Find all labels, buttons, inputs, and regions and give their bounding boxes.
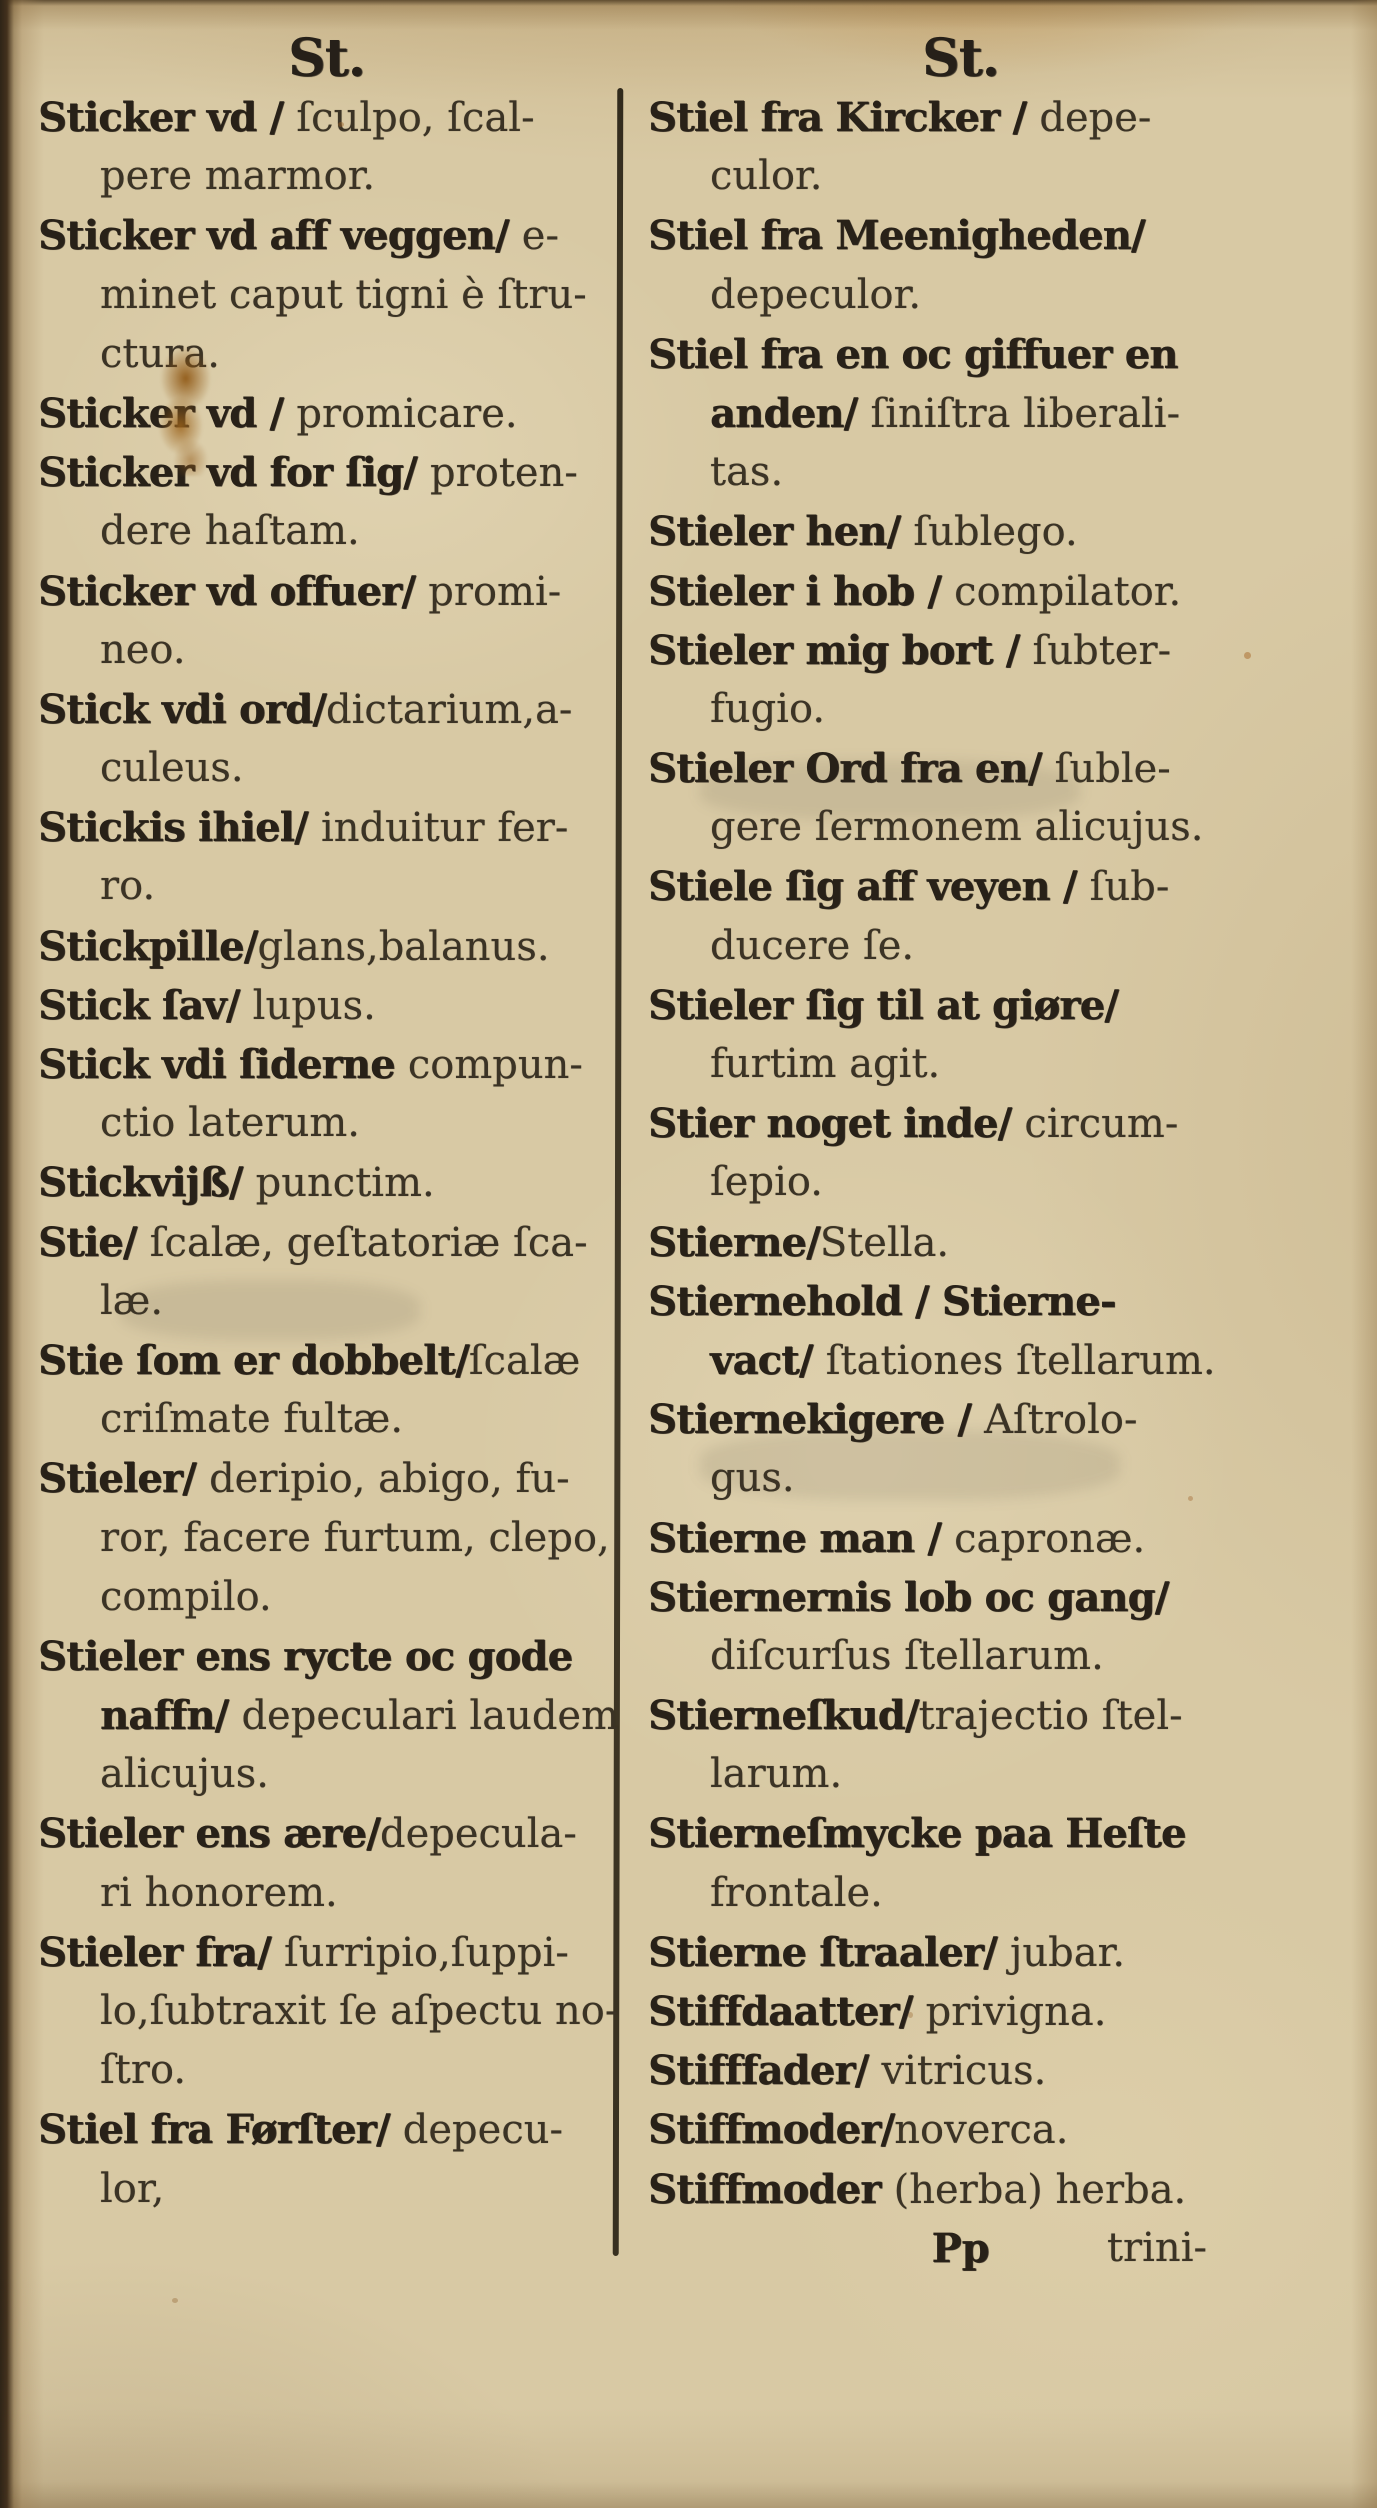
latin-gloss-text: lupus. [253,983,376,1029]
entry-line: Stiffmoder (herba) herba. [648,2160,1273,2219]
latin-gloss-text: gere ſermonem alicujus. [710,804,1203,850]
latin-gloss-text: ducere ſe. [710,923,914,969]
entry-continuation-line: pere marmor. [38,147,615,206]
danish-headword-text: Stiel fra Førſter/ [38,2106,403,2153]
latin-gloss-text: neo. [100,627,186,673]
entry-line: Stie ſom er dobbelt/ſcalæ [38,1331,615,1390]
latin-gloss-text: depecula- [380,1811,577,1857]
left-column: St. Sticker vd / ſculpo, ſcal-pere marmo… [38,30,615,2219]
entry-line: Sticker vd / promicare. [38,384,615,443]
danish-headword-text: Stickvijß/ [38,1159,256,1206]
entry-line: Stickvijß/ punctim. [38,1153,615,1212]
danish-headword-text: Stiel fra Kircker / [648,94,1039,141]
latin-gloss-text: glans,balanus. [257,924,549,970]
latin-gloss-text: criſmate fultæ. [100,1396,403,1442]
latin-gloss-text: promi- [428,569,561,615]
danish-headword-text: Stieler ens rycte oc gode [38,1633,572,1680]
latin-gloss-text: ſtro. [100,2047,186,2093]
latin-gloss-text: culeus. [100,745,244,791]
left-column-entries: Sticker vd / ſculpo, ſcal-pere marmor.St… [38,88,615,2219]
book-page-scan: St. Sticker vd / ſculpo, ſcal-pere marmo… [0,0,1377,2508]
danish-headword-text: Stiffmoder/ [648,2106,894,2153]
danish-headword-text: Stierneſmycke paa Heſte [648,1810,1186,1857]
danish-headword-text: Stick vdi ord/ [38,686,326,733]
latin-gloss-text: ſub- [1090,864,1170,910]
danish-headword-text: Stickis ihiel/ [38,804,321,851]
binding-edge-shadow [0,0,44,2508]
right-column-entries: Stiel fra Kircker / depe-culor.Stiel fra… [648,88,1273,2219]
catchword: trini- [1107,2219,1207,2278]
latin-gloss-text: pere marmor. [100,153,375,199]
latin-gloss-text: compun- [408,1042,583,1088]
entry-line: Stierne man / capronæ. [648,1509,1273,1568]
paper-speck [1244,652,1251,659]
entry-line: Stick ſav/ lupus. [38,976,615,1035]
entry-line: Stiel fra Kircker / depe- [648,88,1273,147]
entry-continuation-line: dere haſtam. [38,502,615,561]
latin-gloss-text: ſtationes ſtellarum. [826,1338,1216,1384]
entry-line: Stiel fra en oc giffuer en [648,325,1273,384]
entry-continuation-line: culor. [648,147,1273,206]
latin-gloss-text: (herba) herba. [894,2167,1187,2213]
danish-headword-text: Stieler/ [38,1455,209,1502]
latin-gloss-text: larum. [710,1751,842,1797]
paper-speck [908,2012,913,2018]
latin-gloss-text: fugio. [710,686,825,732]
latin-gloss-text: gus. [710,1455,795,1501]
entry-line: Stieler fra/ ſurripio,ſuppi- [38,1923,615,1982]
entry-line: Stieler ſig til at giøre/ [648,976,1273,1035]
latin-gloss-text: jubar. [1010,1930,1125,1976]
entry-continuation-line: neo. [38,621,615,680]
danish-headword-text: Stiernernis lob oc gang/ [648,1574,1169,1621]
latin-gloss-text: depeculor. [710,272,921,318]
entry-continuation-line: vact/ ſtationes ſtellarum. [648,1331,1273,1390]
latin-gloss-text: circum- [1024,1101,1178,1147]
danish-headword-text: Stieler ſig til at giøre/ [648,982,1118,1029]
danish-headword-text: Stierneſkud/ [648,1692,919,1739]
latin-gloss-text: ſurripio,ſuppi- [284,1930,569,1976]
danish-headword-text: Stiffdaatter/ [648,1988,926,2035]
latin-gloss-text: ror, facere furtum, clepo, [100,1515,610,1561]
entry-continuation-line: ducere ſe. [648,917,1273,976]
entry-continuation-line: gere ſermonem alicujus. [648,798,1273,857]
latin-gloss-text: e- [522,213,559,259]
entry-continuation-line: minet caput tigni è ſtru- [38,266,615,325]
danish-headword-text: Stieler mig bort / [648,627,1033,674]
latin-gloss-text: lor, [100,2166,164,2212]
danish-headword-text: Sticker vd for ſig/ [38,449,430,496]
latin-gloss-text: compilator. [954,569,1181,615]
latin-gloss-text: ſcalæ [469,1338,580,1384]
entry-continuation-line: gus. [648,1449,1273,1508]
entry-continuation-line: frontale. [648,1864,1273,1923]
entry-line: Stieler mig bort / ſubter- [648,621,1273,680]
entry-line: Stieler Ord fra en/ ſuble- [648,739,1273,798]
danish-headword-text: Stierne/ [648,1219,820,1266]
entry-continuation-line: ſtro. [38,2041,615,2100]
right-column-header: St. [648,30,1273,88]
entry-line: Stie/ ſcalæ, geſtatoriæ ſca- [38,1213,615,1272]
entry-line: Sticker vd for ſig/ proten- [38,443,615,502]
danish-headword-text: Stick ſav/ [38,982,253,1029]
entry-continuation-line: ctura. [38,325,615,384]
danish-headword-text: naffn/ [100,1692,241,1739]
entry-continuation-line: depeculor. [648,266,1273,325]
ink-stain [142,344,226,476]
danish-headword-text: anden/ [710,390,870,437]
entry-continuation-line: compilo. [38,1568,615,1627]
entry-line: Stick vdi ſiderne compun- [38,1035,615,1094]
entry-line: Stiffmoder/noverca. [648,2100,1273,2159]
latin-gloss-text: deripio, abigo, fu- [209,1456,570,1502]
entry-line: Sticker vd / ſculpo, ſcal- [38,88,615,147]
danish-headword-text: Stieler fra/ [38,1929,284,1976]
entry-continuation-line: larum. [648,1745,1273,1804]
latin-gloss-text: dictarium,a- [326,687,572,733]
latin-gloss-text: ſuble- [1055,746,1171,792]
danish-headword-text: Stieler i hob / [648,568,954,615]
danish-headword-text: Stiernekigere / [648,1396,984,1443]
entry-line: Stierneſkud/trajectio ſtel- [648,1686,1273,1745]
latin-gloss-text: compilo. [100,1574,272,1620]
entry-line: Stierne ſtraaler/ jubar. [648,1923,1273,1982]
entry-line: Stiernernis lob oc gang/ [648,1568,1273,1627]
latin-gloss-text: culor. [710,153,822,199]
danish-headword-text: Stiele ſig aff veyen / [648,863,1090,910]
entry-continuation-line: tas. [648,443,1273,502]
page-footer-line: Pp trini- [648,2219,1273,2278]
entry-line: Stier noget inde/ circum- [648,1094,1273,1153]
entry-line: Sticker vd aff veggen/ e- [38,206,615,265]
danish-headword-text: Stiernehold / Stierne- [648,1278,1116,1325]
latin-gloss-text: induitur fer- [321,805,569,851]
latin-gloss-text: diſcurſus ſtellarum. [710,1633,1104,1679]
entry-continuation-line: lo,ſubtraxit ſe aſpectu no- [38,1982,615,2041]
paper-speck [172,2298,178,2303]
latin-gloss-text: depe- [1039,95,1151,141]
danish-headword-text: Stifffader/ [648,2047,882,2094]
latin-gloss-text: punctim. [256,1160,435,1206]
entry-continuation-line: lor, [38,2160,615,2219]
entry-continuation-line: diſcurſus ſtellarum. [648,1627,1273,1686]
latin-gloss-text: vitricus. [882,2048,1047,2094]
latin-gloss-text: frontale. [710,1870,883,1916]
page-bottom-edge [0,2482,1377,2508]
latin-gloss-text: furtim agit. [710,1041,940,1087]
entry-continuation-line: ri honorem. [38,1864,615,1923]
entry-line: Stieler i hob / compilator. [648,562,1273,621]
danish-headword-text: Stiel fra en oc giffuer en [648,331,1178,378]
entry-line: Stiffdaatter/ privigna. [648,1982,1273,2041]
danish-headword-text: Stieler Ord fra en/ [648,745,1055,792]
entry-line: Stickpille/glans,balanus. [38,917,615,976]
entry-line: Stiele ſig aff veyen / ſub- [648,857,1273,916]
danish-headword-text: Stieler ens ære/ [38,1810,380,1857]
entry-continuation-line: culeus. [38,739,615,798]
danish-headword-text: Stierne ſtraaler/ [648,1929,1010,1976]
danish-headword-text: Stierne man / [648,1515,954,1562]
latin-gloss-text: ſculpo, ſcal- [296,95,534,141]
entry-line: Sticker vd offuer/ promi- [38,562,615,621]
entry-line: Stieler/ deripio, abigo, fu- [38,1449,615,1508]
latin-gloss-text: ſublego. [913,509,1077,555]
page-top-edge [0,0,1377,30]
entry-line: Stierneſmycke paa Heſte [648,1804,1273,1863]
entry-continuation-line: ſepio. [648,1153,1273,1212]
latin-gloss-text: ro. [100,863,155,909]
latin-gloss-text: capronæ. [954,1516,1145,1562]
entry-continuation-line: criſmate fultæ. [38,1390,615,1449]
latin-gloss-text: dere haſtam. [100,508,360,554]
latin-gloss-text: alicujus. [100,1751,269,1797]
paper-speck [338,122,344,127]
danish-headword-text: Sticker vd / [38,94,296,141]
entry-continuation-line: læ. [38,1272,615,1331]
entry-line: Stiel fra Meenigheden/ [648,206,1273,265]
danish-headword-text: Stie ſom er dobbelt/ [38,1337,469,1384]
danish-headword-text: Stier noget inde/ [648,1100,1024,1147]
latin-gloss-text: ſubter- [1033,628,1172,674]
latin-gloss-text: noverca. [894,2107,1068,2153]
entry-continuation-line: alicujus. [38,1745,615,1804]
entry-continuation-line: fugio. [648,680,1273,739]
danish-headword-text: Stickpille/ [38,923,257,970]
entry-continuation-line: furtim agit. [648,1035,1273,1094]
latin-gloss-text: promicare. [296,391,517,437]
latin-gloss-text: ſepio. [710,1159,823,1205]
entry-line: Stick vdi ord/dictarium,a- [38,680,615,739]
entry-line: Stickis ihiel/ induitur fer- [38,798,615,857]
latin-gloss-text: minet caput tigni è ſtru- [100,272,587,318]
latin-gloss-text: ſiniſtra liberali- [870,391,1180,437]
entry-line: Stifffader/ vitricus. [648,2041,1273,2100]
latin-gloss-text: lo,ſubtraxit ſe aſpectu no- [100,1988,618,2034]
danish-headword-text: Sticker vd aff veggen/ [38,212,522,259]
entry-continuation-line: ror, facere furtum, clepo, [38,1509,615,1568]
latin-gloss-text: læ. [100,1278,163,1324]
latin-gloss-text: ri honorem. [100,1870,338,1916]
entry-line: Stierne/Stella. [648,1213,1273,1272]
danish-headword-text: Stiel fra Meenigheden/ [648,212,1145,259]
entry-continuation-line: anden/ ſiniſtra liberali- [648,384,1273,443]
entry-continuation-line: ctio laterum. [38,1094,615,1153]
latin-gloss-text: depeculari laudem [241,1693,619,1739]
latin-gloss-text: ſcalæ, geſtatoriæ ſca- [150,1220,588,1266]
entry-continuation-line: ro. [38,857,615,916]
entry-line: Stieler hen/ ſublego. [648,502,1273,561]
danish-headword-text: Stie/ [38,1219,150,1266]
danish-headword-text: vact/ [710,1337,826,1384]
entry-line: Stieler ens ære/depecula- [38,1804,615,1863]
latin-gloss-text: trajectio ſtel- [919,1693,1183,1739]
left-column-header: St. [38,30,615,88]
page-right-edge [1351,0,1377,2508]
danish-headword-text: Stieler hen/ [648,508,913,555]
entry-line: Stieler ens rycte oc gode [38,1627,615,1686]
paper-speck [1188,1496,1193,1501]
entry-line: Stiernekigere / Aſtrolo- [648,1390,1273,1449]
danish-headword-text: Sticker vd offuer/ [38,568,428,615]
latin-gloss-text: Stella. [820,1220,949,1266]
latin-gloss-text: depecu- [403,2107,563,2153]
latin-gloss-text: tas. [710,449,783,495]
entry-line: Stiernehold / Stierne- [648,1272,1273,1331]
latin-gloss-text: privigna. [926,1989,1107,2035]
danish-headword-text: Stick vdi ſiderne [38,1041,408,1088]
entry-line: Stiel fra Førſter/ depecu- [38,2100,615,2159]
entry-continuation-line: naffn/ depeculari laudem [38,1686,615,1745]
latin-gloss-text: proten- [430,450,578,496]
latin-gloss-text: ctio laterum. [100,1100,360,1146]
latin-gloss-text: Aſtrolo- [984,1397,1137,1443]
danish-headword-text: Stiffmoder [648,2166,894,2213]
right-column: St. Stiel fra Kircker / depe-culor.Stiel… [648,30,1273,2278]
